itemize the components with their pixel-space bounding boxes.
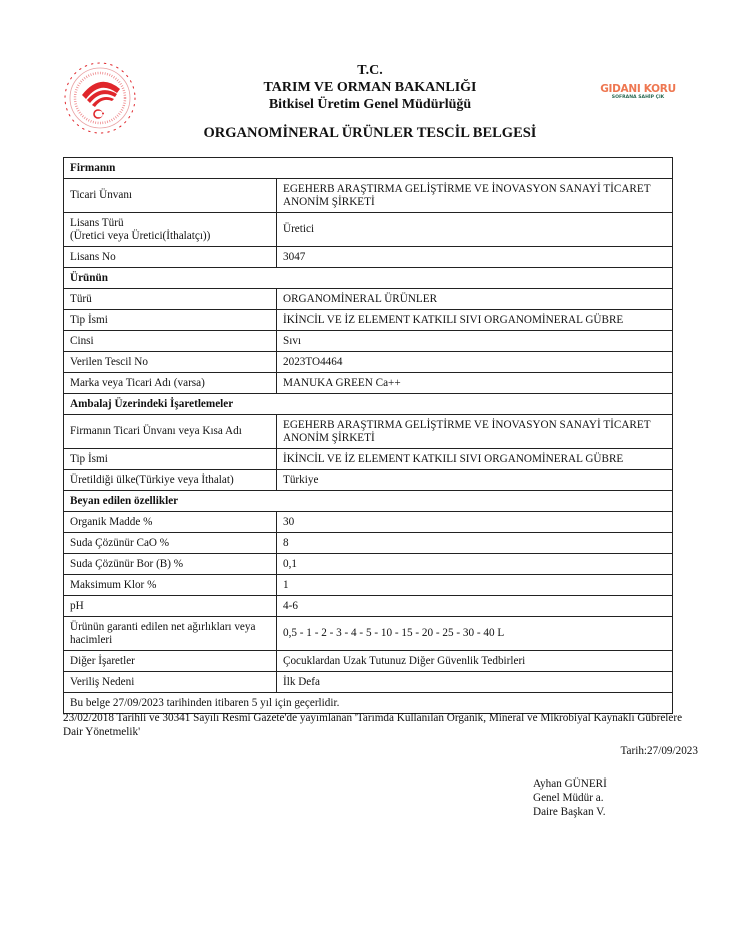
table-row: Veriliş Nedeni İlk Defa xyxy=(64,672,673,693)
signatory-title-2: Daire Başkan V. xyxy=(533,805,607,819)
row-value: İlk Defa xyxy=(277,672,673,693)
table-row: Ticari Ünvanı EGEHERB ARAŞTIRMA GELİŞTİR… xyxy=(64,179,673,213)
table-row: Cinsi Sıvı xyxy=(64,331,673,352)
row-value: Üretici xyxy=(277,213,673,247)
table-row: Organik Madde % 30 xyxy=(64,512,673,533)
table-row: Tip İsmi İKİNCİL VE İZ ELEMENT KATKILI S… xyxy=(64,310,673,331)
row-label: Suda Çözünür Bor (B) % xyxy=(64,554,277,575)
row-label: pH xyxy=(64,596,277,617)
row-value: Sıvı xyxy=(277,331,673,352)
row-label: Cinsi xyxy=(64,331,277,352)
table-row: Türü ORGANOMİNERAL ÜRÜNLER xyxy=(64,289,673,310)
row-label-line2: (Üretici veya Üretici(İthalatçı)) xyxy=(70,230,270,243)
row-label: Veriliş Nedeni xyxy=(64,672,277,693)
row-label: Tip İsmi xyxy=(64,449,277,470)
table-row: Firmanın Ticari Ünvanı veya Kısa Adı EGE… xyxy=(64,415,673,449)
table-row: Ürünün garanti edilen net ağırlıkları ve… xyxy=(64,617,673,651)
table-row: Lisans Türü (Üretici veya Üretici(İthala… xyxy=(64,213,673,247)
row-label: Marka veya Ticari Adı (varsa) xyxy=(64,373,277,394)
row-value: İKİNCİL VE İZ ELEMENT KATKILI SIVI ORGAN… xyxy=(277,449,673,470)
document-header: T.C. TARIM VE ORMAN BAKANLIĞI Bitkisel Ü… xyxy=(0,62,730,113)
header-line-tc: T.C. xyxy=(0,62,730,79)
row-label: Ürünün garanti edilen net ağırlıkları ve… xyxy=(64,617,277,651)
row-value: 30 xyxy=(277,512,673,533)
signature-block: Ayhan GÜNERİ Genel Müdür a. Daire Başkan… xyxy=(533,777,607,819)
section-header-beyan: Beyan edilen özellikler xyxy=(64,491,673,512)
header-line-ministry: TARIM VE ORMAN BAKANLIĞI xyxy=(0,79,730,96)
row-value: 0,5 - 1 - 2 - 3 - 4 - 5 - 10 - 15 - 20 -… xyxy=(277,617,673,651)
row-value: EGEHERB ARAŞTIRMA GELİŞTİRME VE İNOVASYO… xyxy=(277,415,673,449)
table-row: Suda Çözünür Bor (B) % 0,1 xyxy=(64,554,673,575)
row-value: Türkiye xyxy=(277,470,673,491)
table-row: Diğer İşaretler Çocuklardan Uzak Tutunuz… xyxy=(64,651,673,672)
row-label: Verilen Tescil No xyxy=(64,352,277,373)
row-value: MANUKA GREEN Ca++ xyxy=(277,373,673,394)
signatory-name: Ayhan GÜNERİ xyxy=(533,777,607,791)
table-row: Üretildiği ülke(Türkiye veya İthalat) Tü… xyxy=(64,470,673,491)
row-value: 3047 xyxy=(277,247,673,268)
table-row: Suda Çözünür CaO % 8 xyxy=(64,533,673,554)
row-value: EGEHERB ARAŞTIRMA GELİŞTİRME VE İNOVASYO… xyxy=(277,179,673,213)
table-row: Maksimum Klor % 1 xyxy=(64,575,673,596)
row-value: 8 xyxy=(277,533,673,554)
row-label: Diğer İşaretler xyxy=(64,651,277,672)
row-value: ORGANOMİNERAL ÜRÜNLER xyxy=(277,289,673,310)
issue-date: Tarih:27/09/2023 xyxy=(620,745,698,757)
row-label-line1: Lisans Türü xyxy=(70,217,270,230)
row-label: Organik Madde % xyxy=(64,512,277,533)
row-label: Firmanın Ticari Ünvanı veya Kısa Adı xyxy=(64,415,277,449)
document-title: ORGANOMİNERAL ÜRÜNLER TESCİL BELGESİ xyxy=(0,125,730,142)
row-label: Ticari Ünvanı xyxy=(64,179,277,213)
row-label: Lisans Türü (Üretici veya Üretici(İthala… xyxy=(64,213,277,247)
row-value: Çocuklardan Uzak Tutunuz Diğer Güvenlik … xyxy=(277,651,673,672)
section-header-ambalaj: Ambalaj Üzerindeki İşaretlemeler xyxy=(64,394,673,415)
certificate-table: Firmanın Ticari Ünvanı EGEHERB ARAŞTIRMA… xyxy=(63,157,673,714)
table-row: Tip İsmi İKİNCİL VE İZ ELEMENT KATKILI S… xyxy=(64,449,673,470)
row-label: Türü xyxy=(64,289,277,310)
row-label: Tip İsmi xyxy=(64,310,277,331)
row-value: İKİNCİL VE İZ ELEMENT KATKILI SIVI ORGAN… xyxy=(277,310,673,331)
table-row: Lisans No 3047 xyxy=(64,247,673,268)
row-label: Üretildiği ülke(Türkiye veya İthalat) xyxy=(64,470,277,491)
table-row: Verilen Tescil No 2023TO4464 xyxy=(64,352,673,373)
row-label: Maksimum Klor % xyxy=(64,575,277,596)
table-row: Marka veya Ticari Adı (varsa) MANUKA GRE… xyxy=(64,373,673,394)
row-value: 1 xyxy=(277,575,673,596)
table-row: pH 4-6 xyxy=(64,596,673,617)
row-label: Suda Çözünür CaO % xyxy=(64,533,277,554)
regulation-note: 23/02/2018 Tarihli ve 30341 Sayılı Resmi… xyxy=(63,711,683,739)
row-value: 4-6 xyxy=(277,596,673,617)
signatory-title-1: Genel Müdür a. xyxy=(533,791,607,805)
section-header-firma: Firmanın xyxy=(64,158,673,179)
row-value: 2023TO4464 xyxy=(277,352,673,373)
row-label: Lisans No xyxy=(64,247,277,268)
row-value: 0,1 xyxy=(277,554,673,575)
section-header-urun: Ürünün xyxy=(64,268,673,289)
header-line-directorate: Bitkisel Üretim Genel Müdürlüğü xyxy=(0,96,730,113)
